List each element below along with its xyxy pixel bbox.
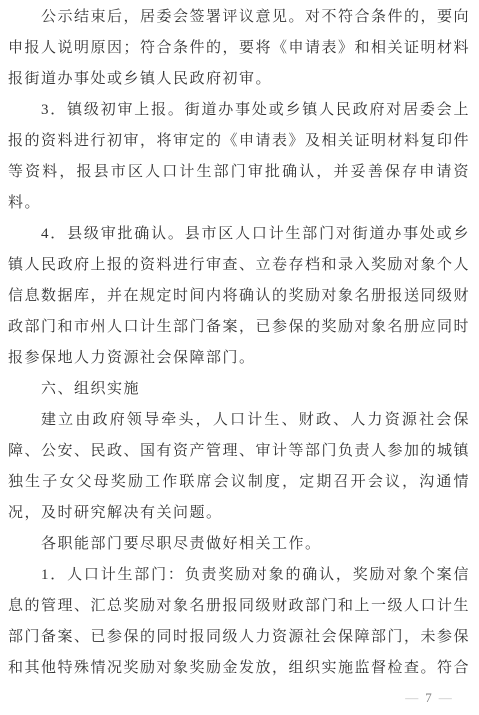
paragraph-population-dept-duties: 1．人口计生部门：负责奖励对象的确认，奖励对象个案信息的管理、汇总奖励对象名册报… (8, 560, 470, 684)
paragraph-departments-duty: 各职能部门要尽职尽责做好相关工作。 (8, 529, 470, 560)
paragraph-town-initial-review: 3．镇级初审上报。街道办事处或乡镇人民政府对居委会上报的资料进行初审，将审定的《… (8, 95, 470, 219)
page-number-right-dash: — (439, 690, 457, 705)
page-number-left-dash: — (405, 690, 423, 705)
paragraph-county-approval: 4．县级审批确认。县市区人口计生部门对街道办事处或乡镇人民政府上报的资料进行审查… (8, 219, 470, 374)
document-page: 公示结束后，居委会签署评议意见。对不符合条件的，要向申报人说明原因；符合条件的，… (0, 0, 479, 715)
page-number-value: 7 (423, 690, 439, 705)
page-number: —7— (392, 688, 470, 708)
section-heading-organization: 六、组织实施 (8, 374, 470, 405)
paragraph-publicity-review: 公示结束后，居委会签署评议意见。对不符合条件的，要向申报人说明原因；符合条件的，… (8, 2, 470, 95)
paragraph-joint-meeting-system: 建立由政府领导牵头，人口计生、财政、人力资源社会保障、公安、民政、国有资产管理、… (8, 405, 470, 529)
document-body: 公示结束后，居委会签署评议意见。对不符合条件的，要向申报人说明原因；符合条件的，… (8, 2, 470, 684)
